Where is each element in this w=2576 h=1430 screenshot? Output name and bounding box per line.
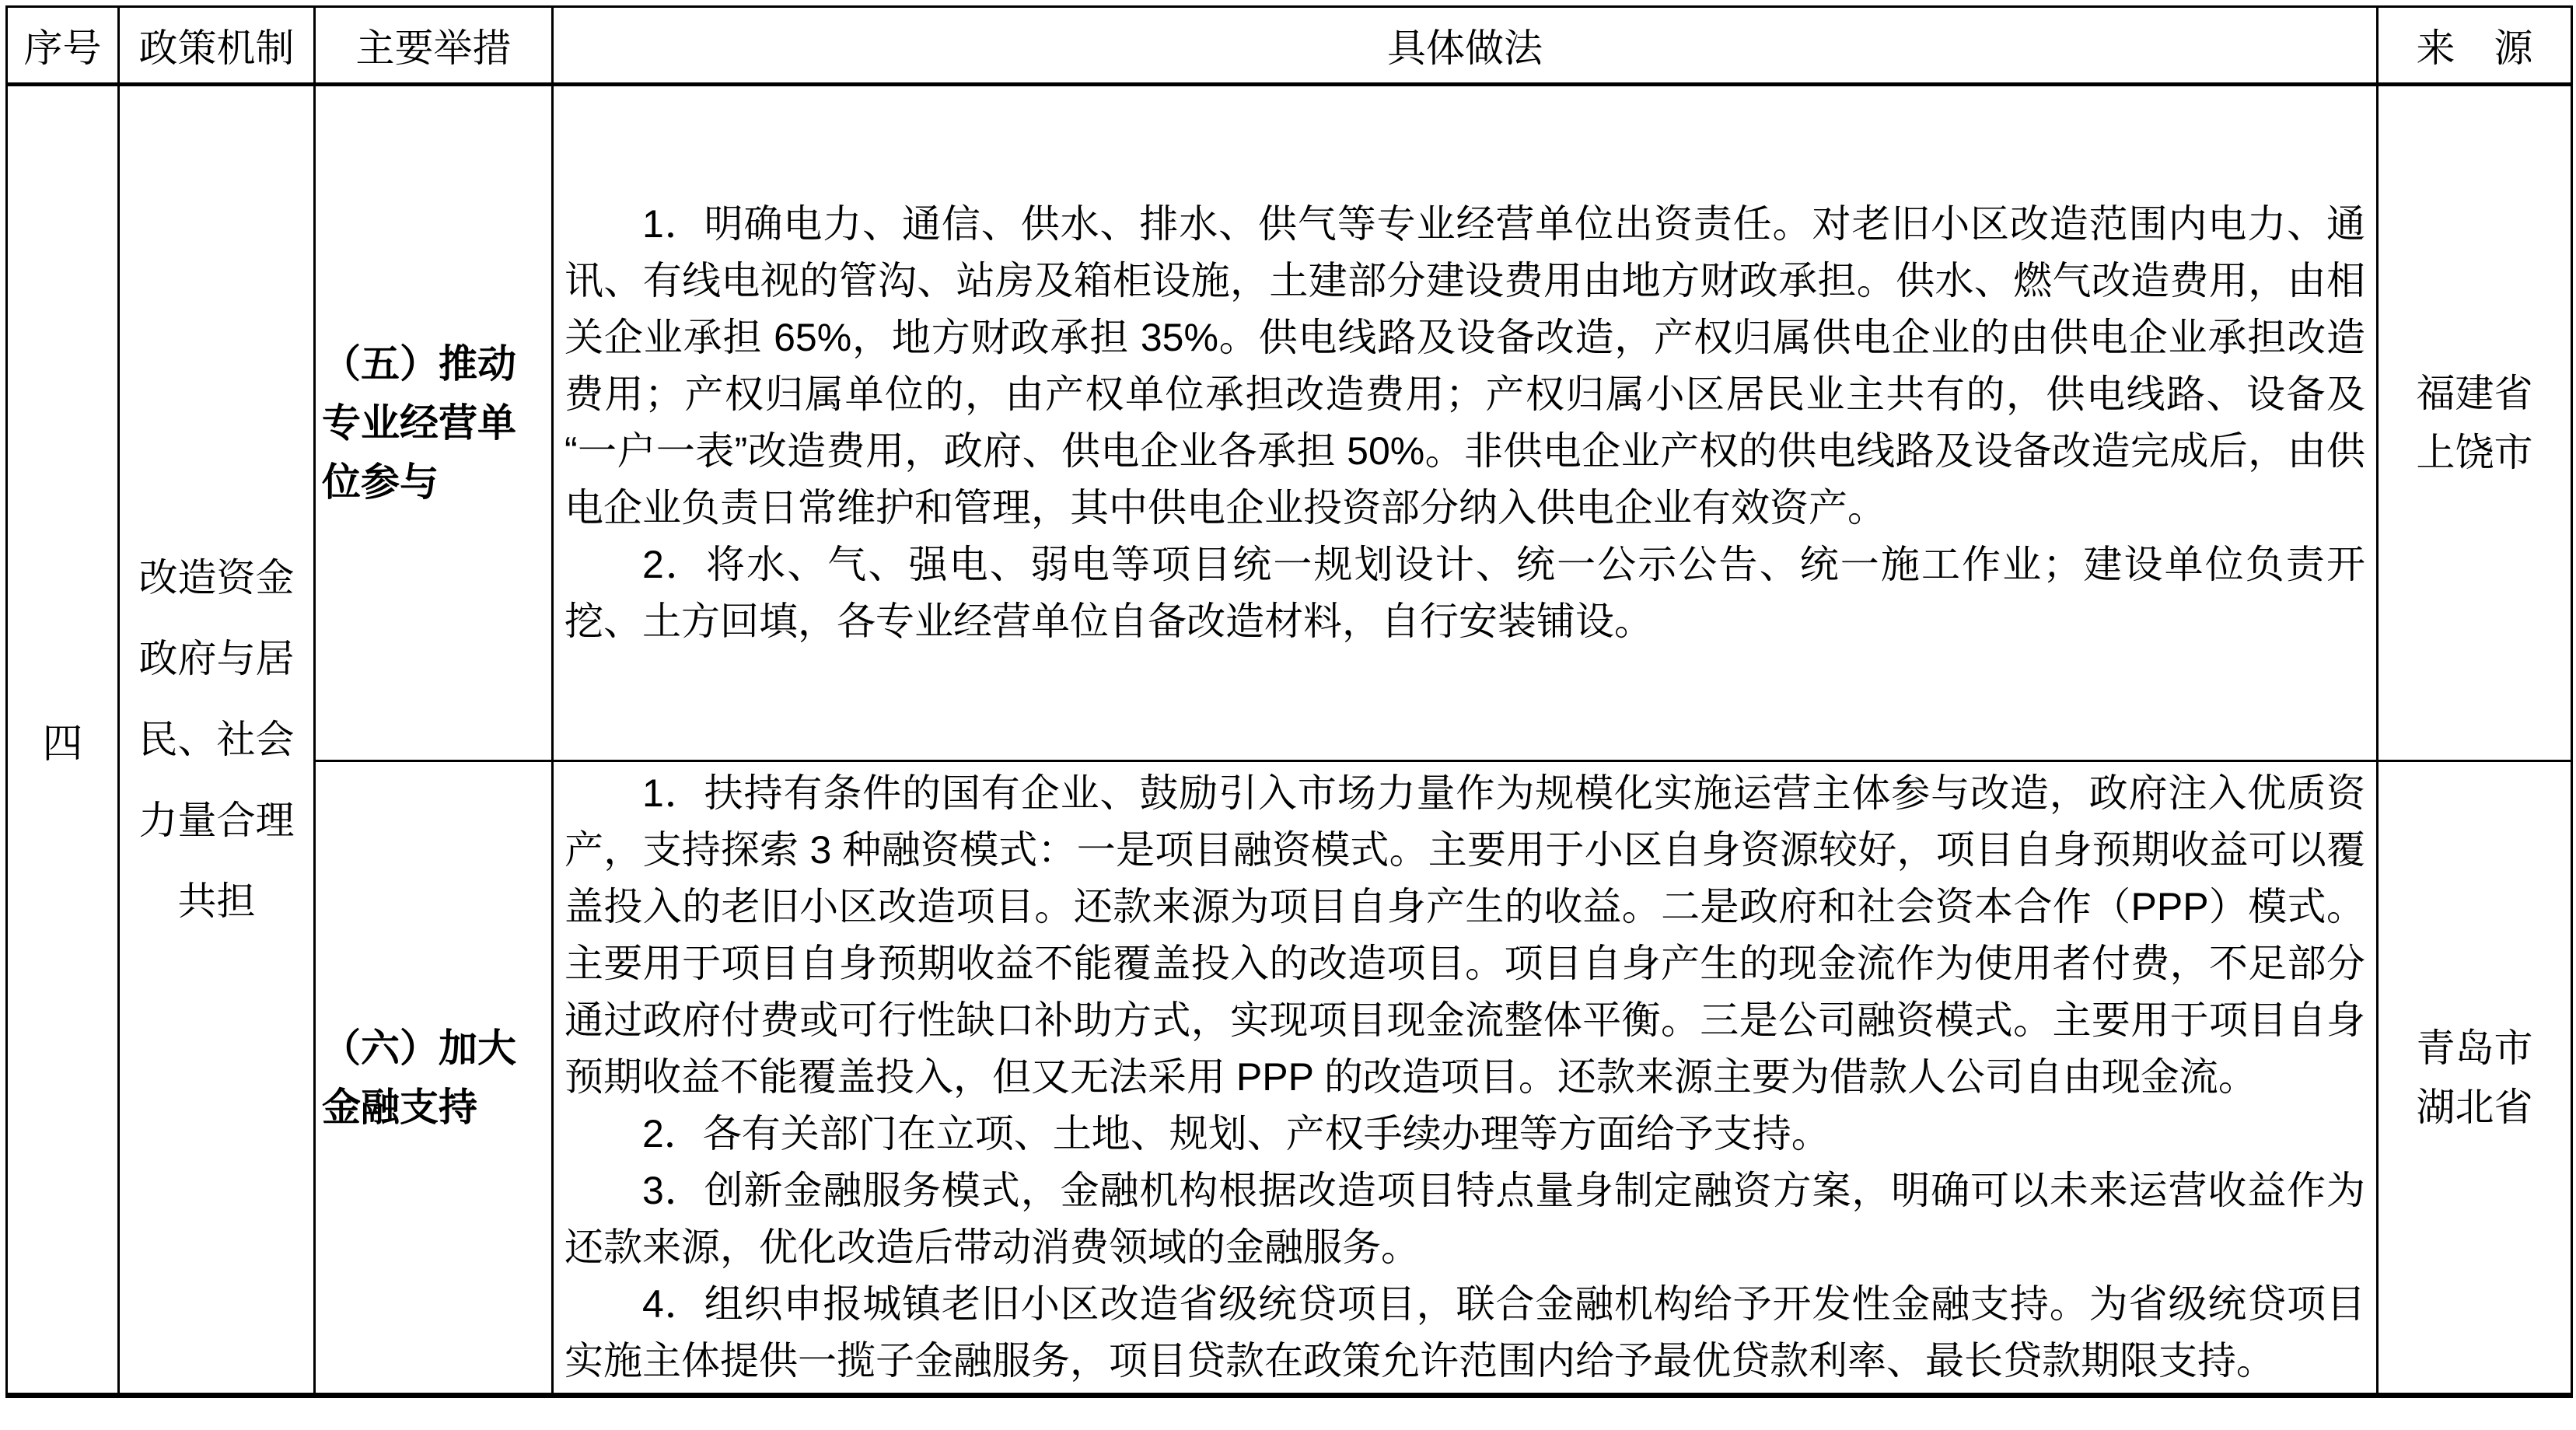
detail-paragraph: 2．各有关部门在立项、土地、规划、产权手续办理等方面给予支持。 [564, 1106, 2365, 1163]
policy-measures-table: 序号 政策机制 主要举措 具体做法 来 源 四 改造资金政府与居民、社会力量合理… [5, 5, 2573, 1398]
seq-cell: 四 [7, 85, 119, 1396]
details-cell-five: 1．明确电力、通信、供水、排水、供气等专业经营单位出资责任。对老旧小区改造范围内… [553, 85, 2378, 761]
details-cell-six: 1．扶持有条件的国有企业、鼓励引入市场力量作为规模化实施运营主体参与改造，政府注… [553, 761, 2378, 1396]
col-header-seq: 序号 [7, 7, 119, 85]
detail-paragraph: 1．明确电力、通信、供水、排水、供气等专业经营单位出资责任。对老旧小区改造范围内… [564, 196, 2365, 537]
detail-paragraph: 2．将水、气、强电、弱电等项目统一规划设计、统一公示公告、统一施工作业；建设单位… [564, 537, 2365, 650]
table-row-measure-six: （六）加大金融支持 1．扶持有条件的国有企业、鼓励引入市场力量作为规模化实施运营… [7, 761, 2572, 1396]
detail-paragraph: 4．组织申报城镇老旧小区改造省级统贷项目，联合金融机构给予开发性金融支持。为省级… [564, 1276, 2365, 1390]
col-header-measure: 主要举措 [315, 7, 553, 85]
table-row-measure-five: 四 改造资金政府与居民、社会力量合理共担 （五）推动专业经营单位参与 1．明确电… [7, 85, 2572, 761]
col-header-source: 来 源 [2378, 7, 2572, 85]
col-header-mechanism: 政策机制 [119, 7, 315, 85]
detail-paragraph: 1．扶持有条件的国有企业、鼓励引入市场力量作为规模化实施运营主体参与改造，政府注… [564, 765, 2365, 1106]
mechanism-cell: 改造资金政府与居民、社会力量合理共担 [119, 85, 315, 1396]
header-row: 序号 政策机制 主要举措 具体做法 来 源 [7, 7, 2572, 85]
measure-title-five: （五）推动专业经营单位参与 [315, 85, 553, 761]
measure-title-six: （六）加大金融支持 [315, 761, 553, 1396]
col-header-details: 具体做法 [553, 7, 2378, 85]
source-cell-five: 福建省 上饶市 [2378, 85, 2572, 761]
source-cell-six: 青岛市 湖北省 [2378, 761, 2572, 1396]
detail-paragraph: 3．创新金融服务模式，金融机构根据改造项目特点量身制定融资方案，明确可以未来运营… [564, 1163, 2365, 1276]
